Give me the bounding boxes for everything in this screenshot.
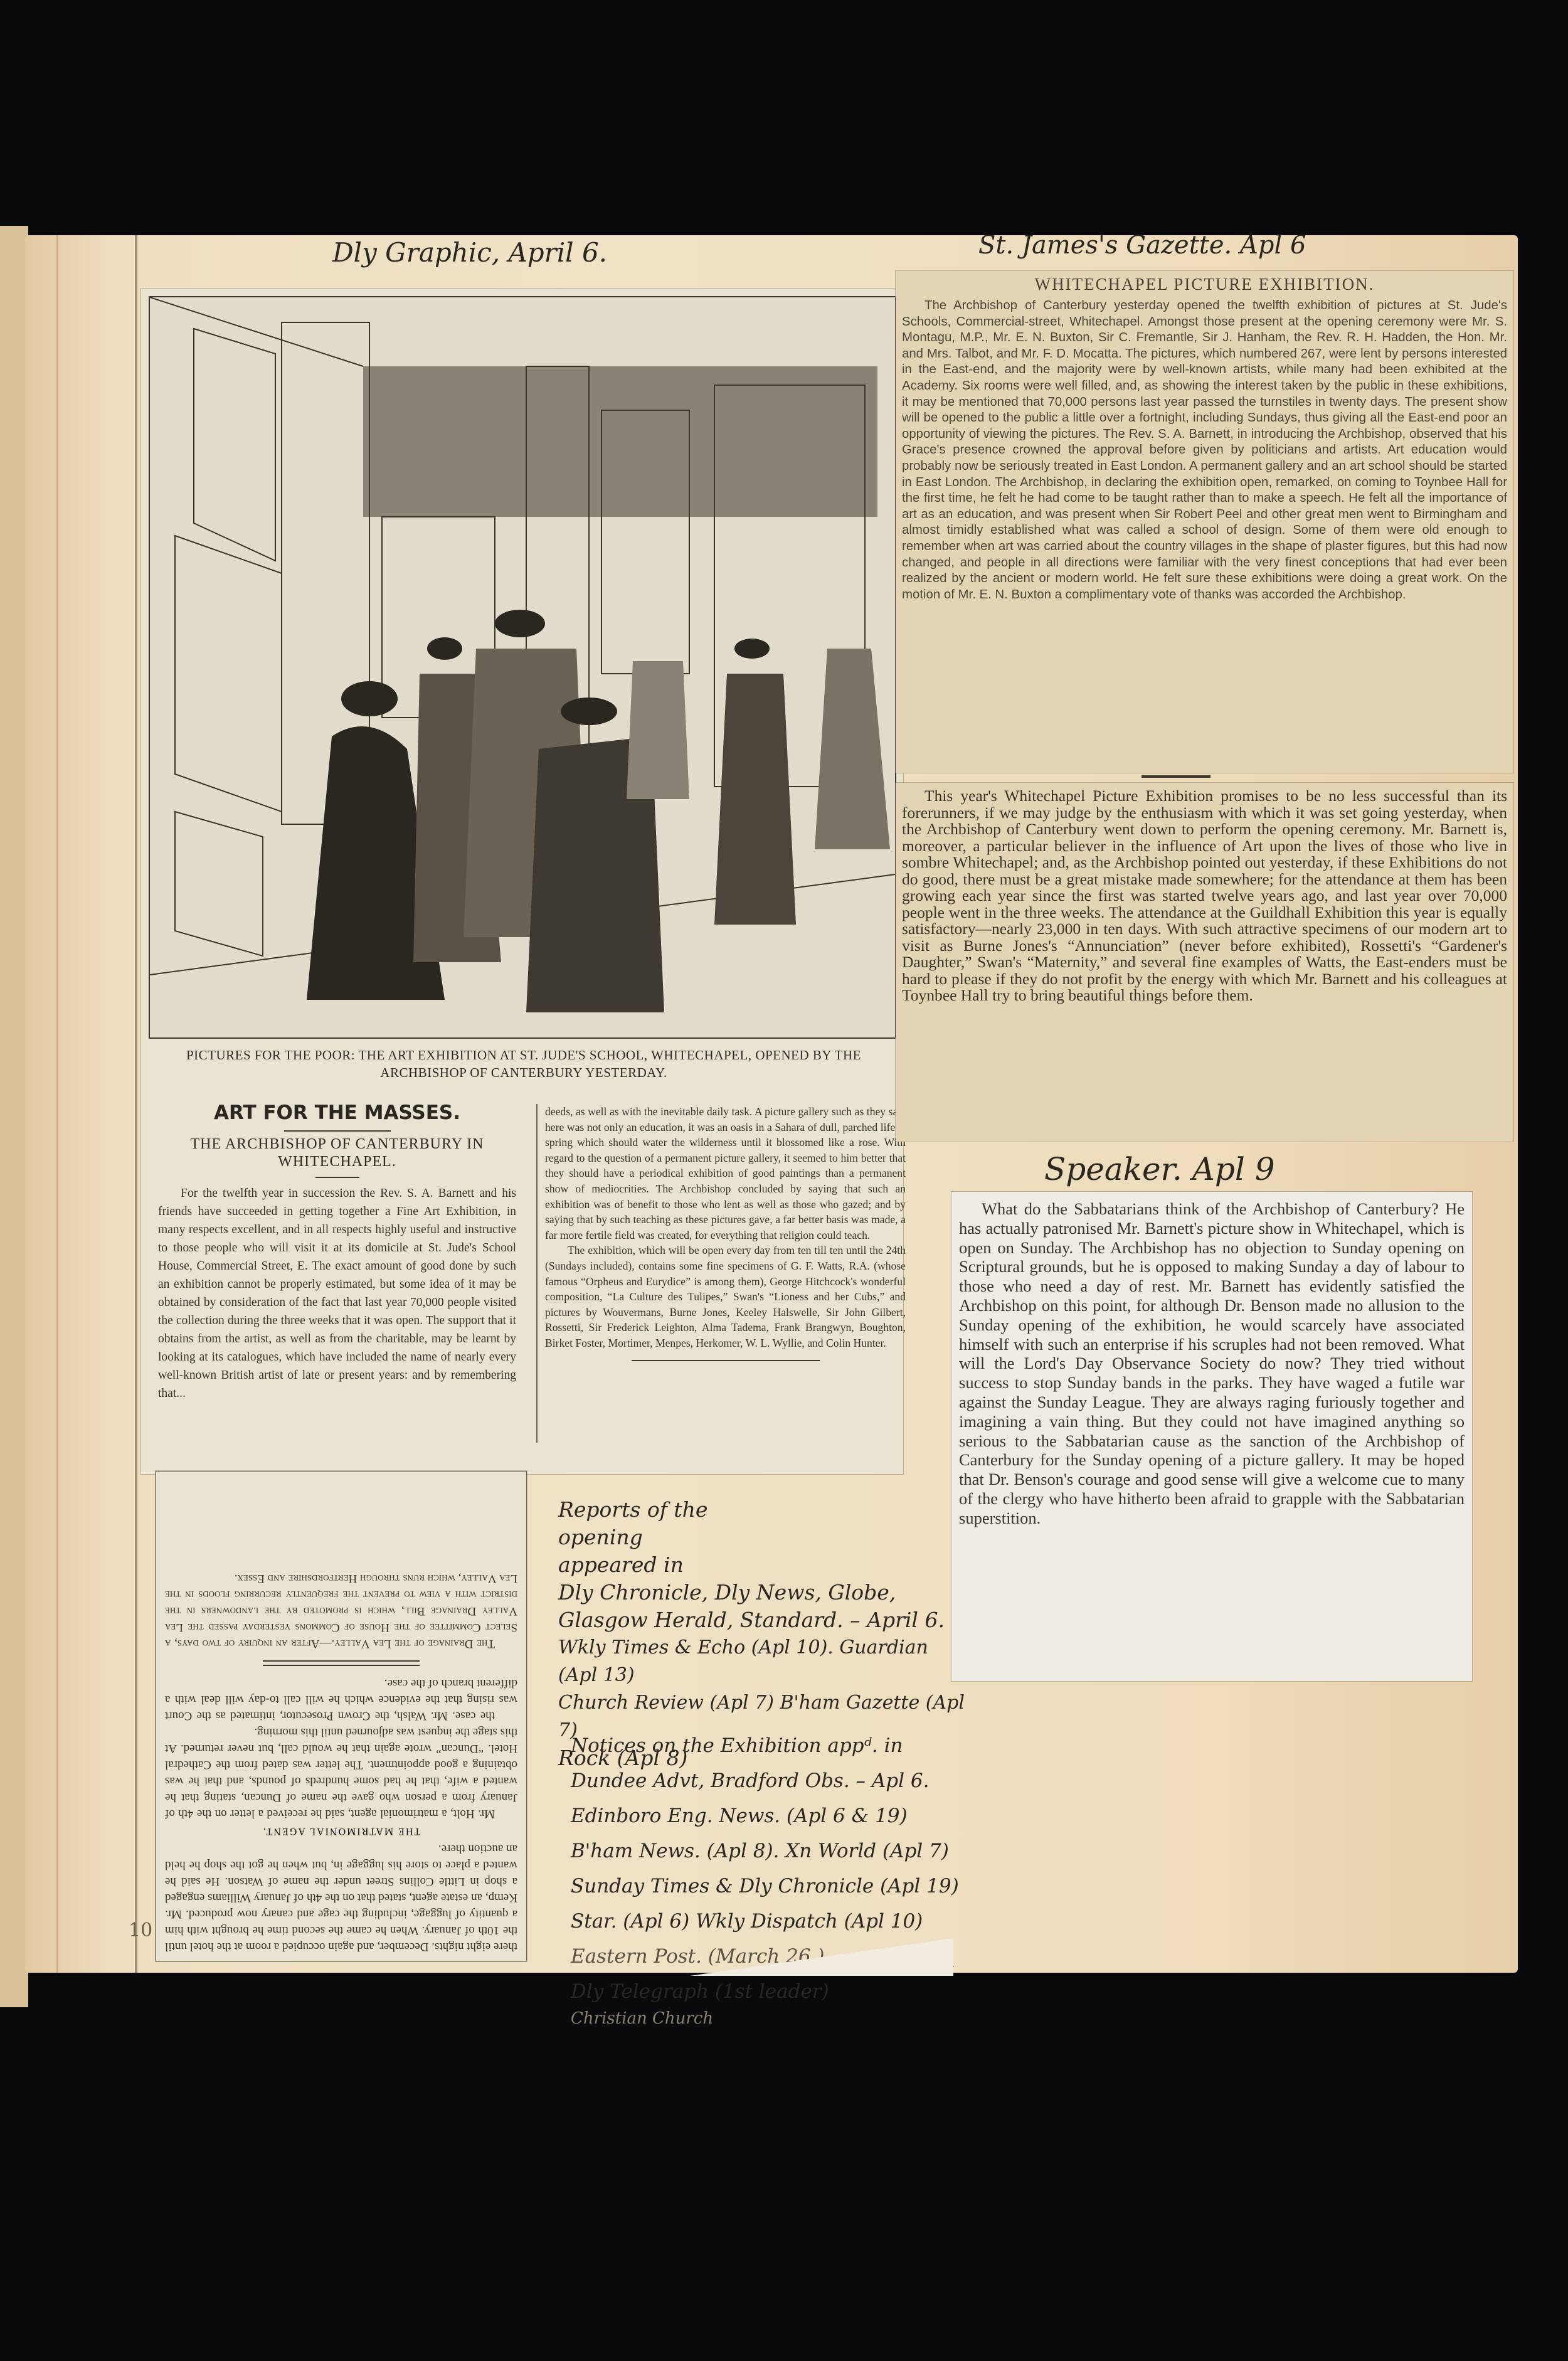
upside-kemp-text: there eight nights. December, and again … bbox=[165, 1840, 517, 1955]
st-james-body: The Archbishop of Canterbury yesterday o… bbox=[896, 294, 1513, 603]
notes-notices-line: Dundee Advt, Bradford Obs. – Apl 6. bbox=[571, 1763, 978, 1798]
notes-reports-heading: Reports of the opening appeared in bbox=[558, 1496, 746, 1579]
article-body-col2-p1: deeds, as well as with the inevitable da… bbox=[545, 1104, 906, 1243]
notes-reports-line: Dly Chronicle, Dly News, Globe, bbox=[558, 1579, 972, 1606]
article-column-1: ART FOR THE MASSES. THE ARCHBISHOP OF CA… bbox=[151, 1098, 524, 1474]
page-fold bbox=[56, 235, 58, 1973]
notes-notices-line: Edinboro Eng. News. (Apl 6 & 19) bbox=[571, 1798, 978, 1833]
headline-art-for-the-masses: ART FOR THE MASSES. bbox=[151, 1101, 524, 1124]
clipping-daily-graphic: Pictures for the Poor: The Art Exhibitio… bbox=[141, 289, 903, 1474]
notes-notices-heading: Notices on the Exhibition appᵈ. in bbox=[571, 1728, 978, 1763]
notes-reports-line: Glasgow Herald, Standard. – April 6. bbox=[558, 1606, 972, 1634]
illustration-caption: Pictures for the Poor: The Art Exhibitio… bbox=[154, 1046, 894, 1081]
speaker-body: What do the Sabbatarians think of the Ar… bbox=[951, 1192, 1472, 1536]
annotation-st-james-gazette: St. James's Gazette. Apl 6 bbox=[978, 231, 1306, 260]
notes-notices-line: B'ham News. (Apl 8). Xn World (Apl 7) bbox=[571, 1833, 978, 1869]
illustration-gallery-visitors bbox=[149, 296, 896, 1039]
separator-rule bbox=[1142, 775, 1210, 778]
engraving-illustration bbox=[150, 297, 895, 1037]
clipping-st-james-gazette: WHITECHAPEL PICTURE EXHIBITION. The Arch… bbox=[896, 271, 1513, 773]
article-column-2: deeds, as well as with the inevitable da… bbox=[536, 1104, 906, 1443]
page-number-left: 10 bbox=[129, 1919, 152, 1941]
short-divider bbox=[315, 1177, 359, 1178]
notes-reports-line: Wkly Times & Echo (Apl 10). Guardian (Ap… bbox=[558, 1634, 972, 1689]
album-binding-edge bbox=[0, 226, 28, 2007]
notes-notices-line: Sunday Times & Dly Chronicle (Apl 19) bbox=[571, 1869, 978, 1904]
headline-whitechapel-picture-exhibition: WHITECHAPEL PICTURE EXHIBITION. bbox=[896, 275, 1513, 294]
clipping-upside-down: there eight nights. December, and again … bbox=[156, 1471, 527, 1961]
annotation-speaker: Speaker. Apl 9 bbox=[1044, 1151, 1275, 1187]
upside-lea-valley-text: The Drainage of the Lea Valley.—After an… bbox=[165, 1570, 517, 1652]
notes-notices-line: Star. (Apl 6) Wkly Dispatch (Apl 10) bbox=[571, 1904, 978, 1939]
handwritten-notes-notices: Notices on the Exhibition appᵈ. in Dunde… bbox=[571, 1728, 978, 2028]
notes-notices-line: Christian Church bbox=[571, 2009, 978, 2028]
end-rule bbox=[632, 1360, 820, 1361]
notes-notices-line: Dly Telegraph (1st leader) bbox=[571, 1974, 978, 2009]
article-body-col2-p2: The exhibition, which will be open every… bbox=[545, 1243, 906, 1350]
clipping-speaker: What do the Sabbatarians think of the Ar… bbox=[951, 1192, 1472, 1681]
annotation-daily-graphic: Dly Graphic, April 6. bbox=[332, 237, 607, 268]
ornament-divider bbox=[284, 1130, 391, 1132]
upside-agent-text: Mr. Holt, a matrimonial agent, said he r… bbox=[165, 1724, 517, 1822]
whitechapel-review-body: This year's Whitechapel Picture Exhibiti… bbox=[896, 783, 1513, 1009]
clipping-whitechapel-exhibition-review: This year's Whitechapel Picture Exhibiti… bbox=[896, 783, 1513, 1142]
album-spine-line bbox=[135, 235, 137, 1973]
subheadline-archbishop: THE ARCHBISHOP OF CANTERBURY IN WHITECHA… bbox=[151, 1135, 524, 1170]
article-body-col1: For the twelfth year in succession the R… bbox=[151, 1184, 524, 1403]
upside-inquest-text: the case. Mr. Walsh, the Crown Prosecuto… bbox=[165, 1675, 517, 1724]
upside-heading-matrimonial-agent: THE MATRIMONIAL AGENT. bbox=[165, 1825, 517, 1837]
double-rule bbox=[263, 1660, 420, 1666]
